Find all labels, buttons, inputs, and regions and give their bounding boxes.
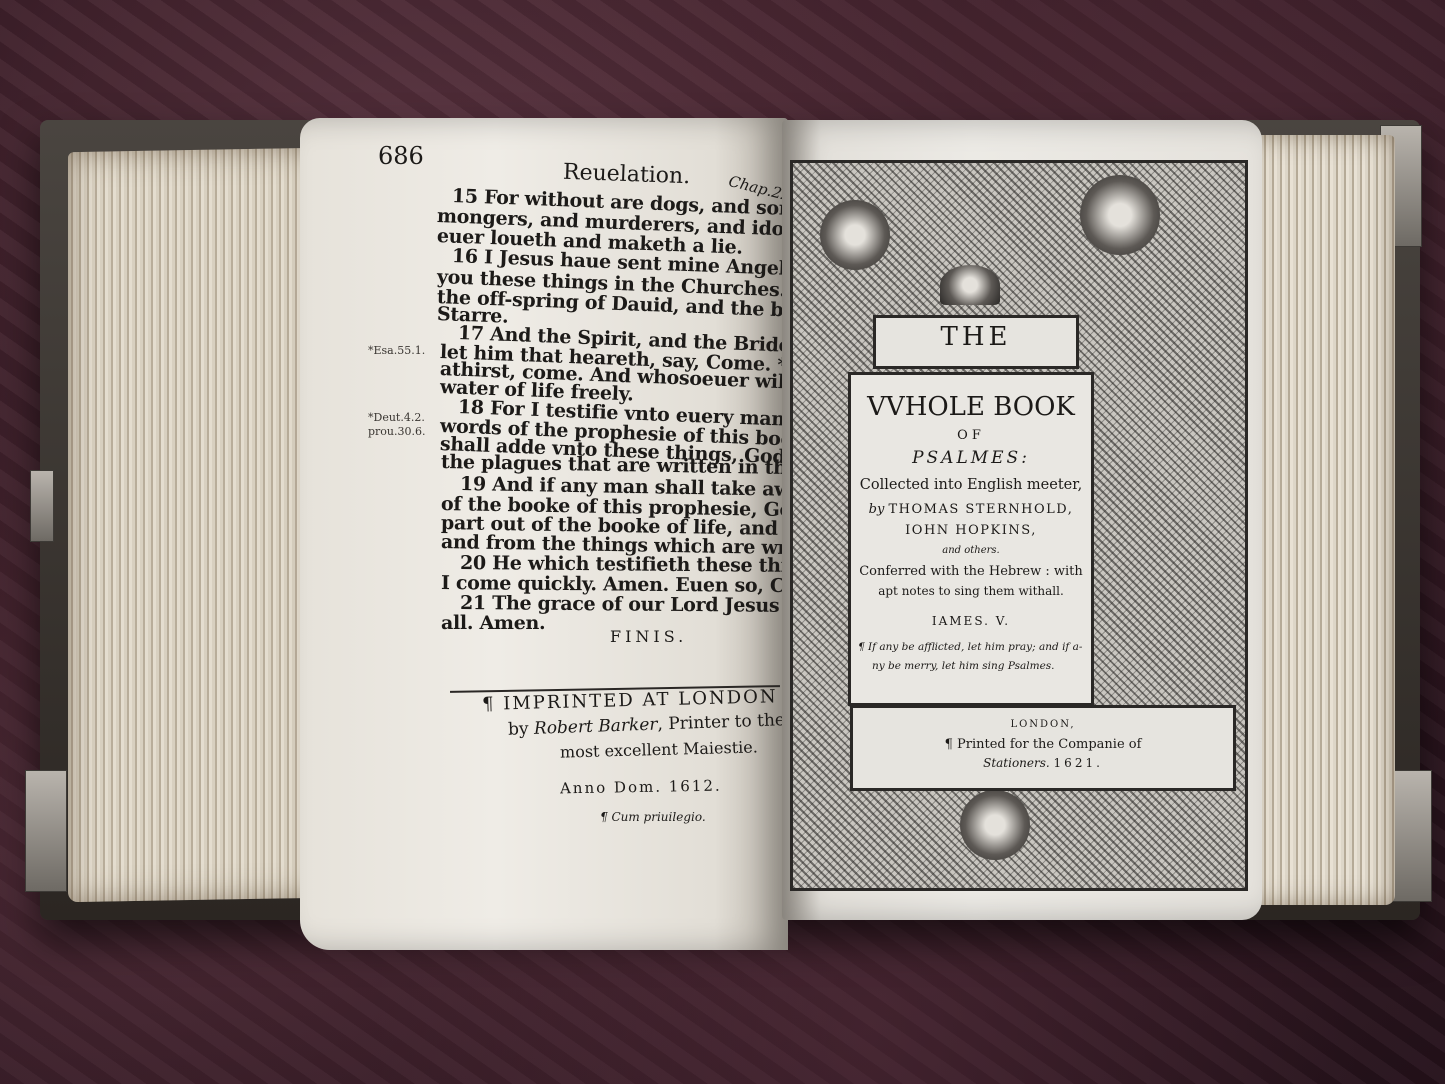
author-sternhold: THOMAS STERNHOLD, <box>888 502 1073 517</box>
colophon-privilege: ¶ Cum priuilegio. <box>600 810 706 824</box>
imprint-stationers-line: Stationers. 1621. <box>850 756 1236 770</box>
title-main: VVHOLE BOOK <box>848 392 1094 422</box>
colophon-date: Anno Dom. 1612. <box>560 777 722 798</box>
margin-note: prou.30.6. <box>368 425 426 438</box>
imprint-stationers: Stationers. <box>983 756 1050 770</box>
quote-line1: ¶ If any be afflicted, let him pray; and… <box>858 641 1082 653</box>
imprint-line: ¶ Printed for the Companie of <box>850 737 1236 752</box>
author-line1: by THOMAS STERNHOLD, <box>848 502 1094 517</box>
title-the: THE <box>873 322 1079 352</box>
fruit-ornament-bottom <box>960 790 1030 860</box>
by-word: by <box>869 502 885 517</box>
collected-line: Collected into English meeter, <box>848 477 1094 493</box>
finis: FINIS. <box>610 627 687 646</box>
clasp-left-top <box>30 470 54 542</box>
page-edges-right <box>1245 135 1395 905</box>
imprint-city: LONDON, <box>850 719 1236 730</box>
clasp-left-bottom <box>25 770 67 892</box>
cherub-ornament-left <box>820 200 890 270</box>
page-number: 686 <box>378 142 424 170</box>
margin-note: *Esa.55.1. <box>368 344 425 357</box>
conferred-line1: Conferred with the Hebrew : with <box>848 564 1094 579</box>
running-head: Reuelation. <box>563 160 691 189</box>
margin-note: *Deut.4.2. <box>368 411 425 424</box>
title-of: OF <box>848 428 1094 443</box>
title-subject: PSALMES: <box>848 448 1094 468</box>
others-line: and others. <box>848 545 1094 556</box>
scripture-reference: IAMES. V. <box>848 614 1094 628</box>
shell-ornament <box>940 265 1000 305</box>
colophon-by: by <box>508 719 535 740</box>
verse-line: all. Amen. <box>441 612 545 634</box>
imprint-year: 1621. <box>1054 756 1103 770</box>
page-edges-left <box>68 148 318 902</box>
author-hopkins: IOHN HOPKINS, <box>848 523 1094 538</box>
cherub-ornament-right <box>1080 175 1160 255</box>
quote-line2: ny be merry, let him sing Psalmes. <box>872 660 1055 672</box>
conferred-line2: apt notes to sing them withall. <box>848 584 1094 598</box>
title-panel <box>848 372 1094 706</box>
